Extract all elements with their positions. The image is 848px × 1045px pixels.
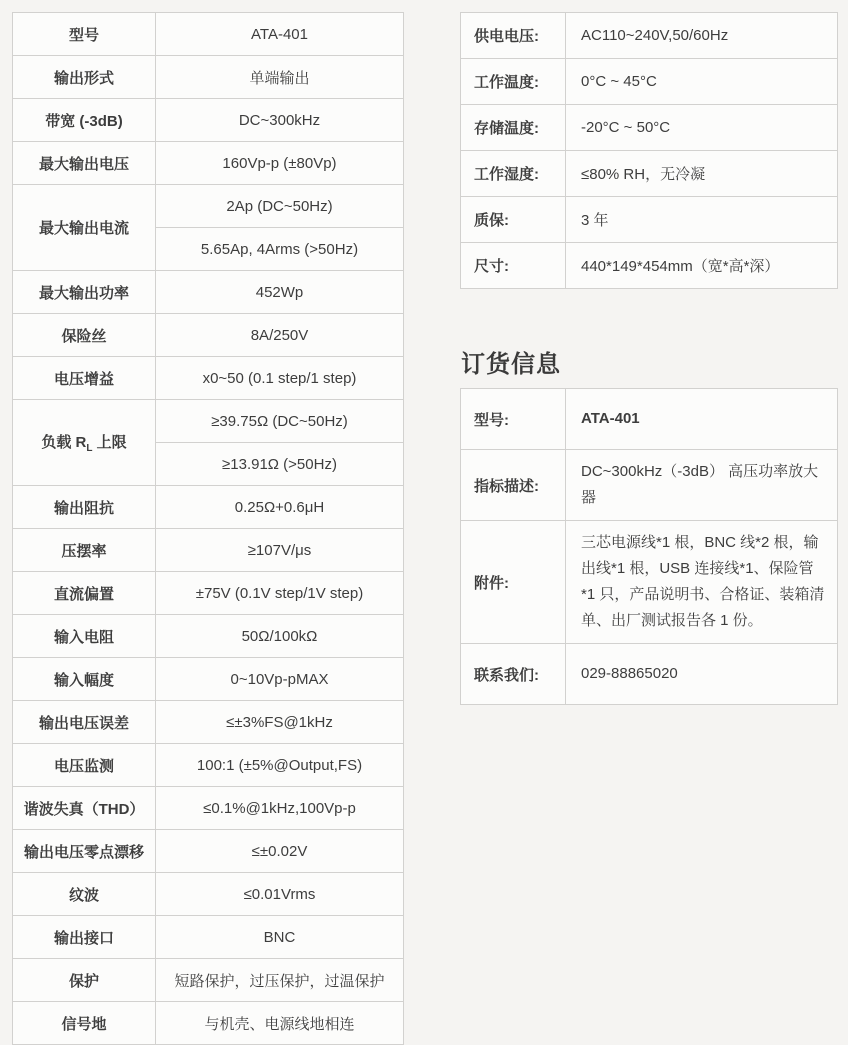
spec-label: 压摆率 (13, 529, 156, 572)
spec-value: 8A/250V (156, 314, 404, 357)
spec-label: 谐波失真（THD） (13, 787, 156, 830)
table-row: 型号: ATA-401 (461, 389, 838, 450)
spec-label: 纹波 (13, 873, 156, 916)
spec-value: 5.65Ap, 4Arms (>50Hz) (156, 228, 404, 271)
env-label: 质保: (461, 197, 566, 243)
spec-value: x0~50 (0.1 step/1 step) (156, 357, 404, 400)
spec-value: ≤0.01Vrms (156, 873, 404, 916)
spec-value: ATA-401 (156, 13, 404, 56)
spec-value: 0.25Ω+0.6μH (156, 486, 404, 529)
spec-label: 电压增益 (13, 357, 156, 400)
env-label: 工作湿度: (461, 151, 566, 197)
spec-value: 0~10Vp-pMAX (156, 658, 404, 701)
env-value: 3 年 (566, 197, 838, 243)
table-row: 质保: 3 年 (461, 197, 838, 243)
spec-label: 直流偏置 (13, 572, 156, 615)
spec-value: 2Ap (DC~50Hz) (156, 185, 404, 228)
spec-label: 信号地 (13, 1002, 156, 1045)
order-label: 附件: (461, 521, 566, 644)
spec-label: 电压监测 (13, 744, 156, 787)
spec-label: 保险丝 (13, 314, 156, 357)
env-label: 尺寸: (461, 243, 566, 289)
env-value: 440*149*454mm（宽*高*深） (566, 243, 838, 289)
spec-value: DC~300kHz (156, 99, 404, 142)
spec-value: 100:1 (±5%@Output,FS) (156, 744, 404, 787)
env-label: 存储温度: (461, 105, 566, 151)
table-row: 供电电压: AC110~240V,50/60Hz (461, 13, 838, 59)
table-row: 输出电压误差 ≤±3%FS@1kHz (13, 701, 404, 744)
spec-label-load-rl: 负载 RL 上限 (13, 400, 156, 486)
spec-label: 保护 (13, 959, 156, 1002)
spec-label: 输出电压零点漂移 (13, 830, 156, 873)
spec-label: 输出接口 (13, 916, 156, 959)
spec-label: 型号 (13, 13, 156, 56)
spec-value: ≤±0.02V (156, 830, 404, 873)
order-label: 指标描述: (461, 450, 566, 521)
spec-label: 输出形式 (13, 56, 156, 99)
table-row: 纹波 ≤0.01Vrms (13, 873, 404, 916)
table-row: 输出阻抗 0.25Ω+0.6μH (13, 486, 404, 529)
table-row: 最大输出电压 160Vp-p (±80Vp) (13, 142, 404, 185)
spec-value: 50Ω/100kΩ (156, 615, 404, 658)
env-value: 0°C ~ 45°C (566, 59, 838, 105)
spec-label-part: 上限 (92, 434, 126, 451)
table-row: 尺寸: 440*149*454mm（宽*高*深） (461, 243, 838, 289)
order-label: 联系我们: (461, 644, 566, 705)
spec-label: 输入幅度 (13, 658, 156, 701)
spec-label-part: 负载 R (41, 434, 86, 451)
table-row: 工作温度: 0°C ~ 45°C (461, 59, 838, 105)
table-row: 压摆率 ≥107V/μs (13, 529, 404, 572)
spec-label: 最大输出电压 (13, 142, 156, 185)
env-value: -20°C ~ 50°C (566, 105, 838, 151)
table-row: 电压增益 x0~50 (0.1 step/1 step) (13, 357, 404, 400)
env-value: ≤80% RH，无冷凝 (566, 151, 838, 197)
table-row: 输出接口 BNC (13, 916, 404, 959)
table-row: 型号 ATA-401 (13, 13, 404, 56)
order-label: 型号: (461, 389, 566, 450)
spec-label: 带宽 (-3dB) (13, 99, 156, 142)
spec-value: ≥107V/μs (156, 529, 404, 572)
spec-label: 最大输出电流 (13, 185, 156, 271)
order-phone-value: 029-88865020 (566, 644, 838, 705)
spec-label: 最大输出功率 (13, 271, 156, 314)
order-info-table: 型号: ATA-401 指标描述: DC~300kHz（-3dB） 高压功率放大… (460, 388, 838, 705)
spec-value: ≤±3%FS@1kHz (156, 701, 404, 744)
order-model-value: ATA-401 (566, 389, 838, 450)
order-value: DC~300kHz（-3dB） 高压功率放大器 (566, 450, 838, 521)
spec-value: ≥39.75Ω (DC~50Hz) (156, 400, 404, 443)
spec-label: 输出阻抗 (13, 486, 156, 529)
table-row: 最大输出电流 2Ap (DC~50Hz) (13, 185, 404, 228)
spec-value: 160Vp-p (±80Vp) (156, 142, 404, 185)
table-row: 直流偏置 ±75V (0.1V step/1V step) (13, 572, 404, 615)
table-row: 存储温度: -20°C ~ 50°C (461, 105, 838, 151)
environment-table: 供电电压: AC110~240V,50/60Hz 工作温度: 0°C ~ 45°… (460, 12, 838, 289)
env-label: 工作温度: (461, 59, 566, 105)
table-row: 保护 短路保护，过压保护，过温保护 (13, 959, 404, 1002)
spec-value: ≥13.91Ω (>50Hz) (156, 443, 404, 486)
order-accessories-value: 三芯电源线*1 根，BNC 线*2 根，输出线*1 根，USB 连接线*1、保险… (566, 521, 838, 644)
spec-value: 与机壳、电源线地相连 (156, 1002, 404, 1045)
table-row: 输出形式 单端输出 (13, 56, 404, 99)
table-row: 带宽 (-3dB) DC~300kHz (13, 99, 404, 142)
table-row: 工作湿度: ≤80% RH，无冷凝 (461, 151, 838, 197)
spec-table: 型号 ATA-401 输出形式 单端输出 带宽 (-3dB) DC~300kHz… (12, 12, 404, 1045)
table-row: 输入电阻 50Ω/100kΩ (13, 615, 404, 658)
env-value: AC110~240V,50/60Hz (566, 13, 838, 59)
order-info-heading: 订货信息 (461, 344, 561, 379)
spec-label: 输出电压误差 (13, 701, 156, 744)
table-row: 谐波失真（THD） ≤0.1%@1kHz,100Vp-p (13, 787, 404, 830)
table-row: 联系我们: 029-88865020 (461, 644, 838, 705)
table-row: 负载 RL 上限 ≥39.75Ω (DC~50Hz) (13, 400, 404, 443)
table-row: 输入幅度 0~10Vp-pMAX (13, 658, 404, 701)
table-row: 信号地 与机壳、电源线地相连 (13, 1002, 404, 1045)
table-row: 指标描述: DC~300kHz（-3dB） 高压功率放大器 (461, 450, 838, 521)
spec-value: 452Wp (156, 271, 404, 314)
env-label: 供电电压: (461, 13, 566, 59)
table-row: 最大输出功率 452Wp (13, 271, 404, 314)
spec-value: BNC (156, 916, 404, 959)
spec-sheet-page: { "colors": { "background": "#f5f4f2", "… (0, 0, 848, 1024)
table-row: 保险丝 8A/250V (13, 314, 404, 357)
spec-value: ≤0.1%@1kHz,100Vp-p (156, 787, 404, 830)
spec-value: 短路保护，过压保护，过温保护 (156, 959, 404, 1002)
spec-label: 输入电阻 (13, 615, 156, 658)
table-row: 电压监测 100:1 (±5%@Output,FS) (13, 744, 404, 787)
spec-value: 单端输出 (156, 56, 404, 99)
spec-value: ±75V (0.1V step/1V step) (156, 572, 404, 615)
table-row: 输出电压零点漂移 ≤±0.02V (13, 830, 404, 873)
table-row: 附件: 三芯电源线*1 根，BNC 线*2 根，输出线*1 根，USB 连接线*… (461, 521, 838, 644)
